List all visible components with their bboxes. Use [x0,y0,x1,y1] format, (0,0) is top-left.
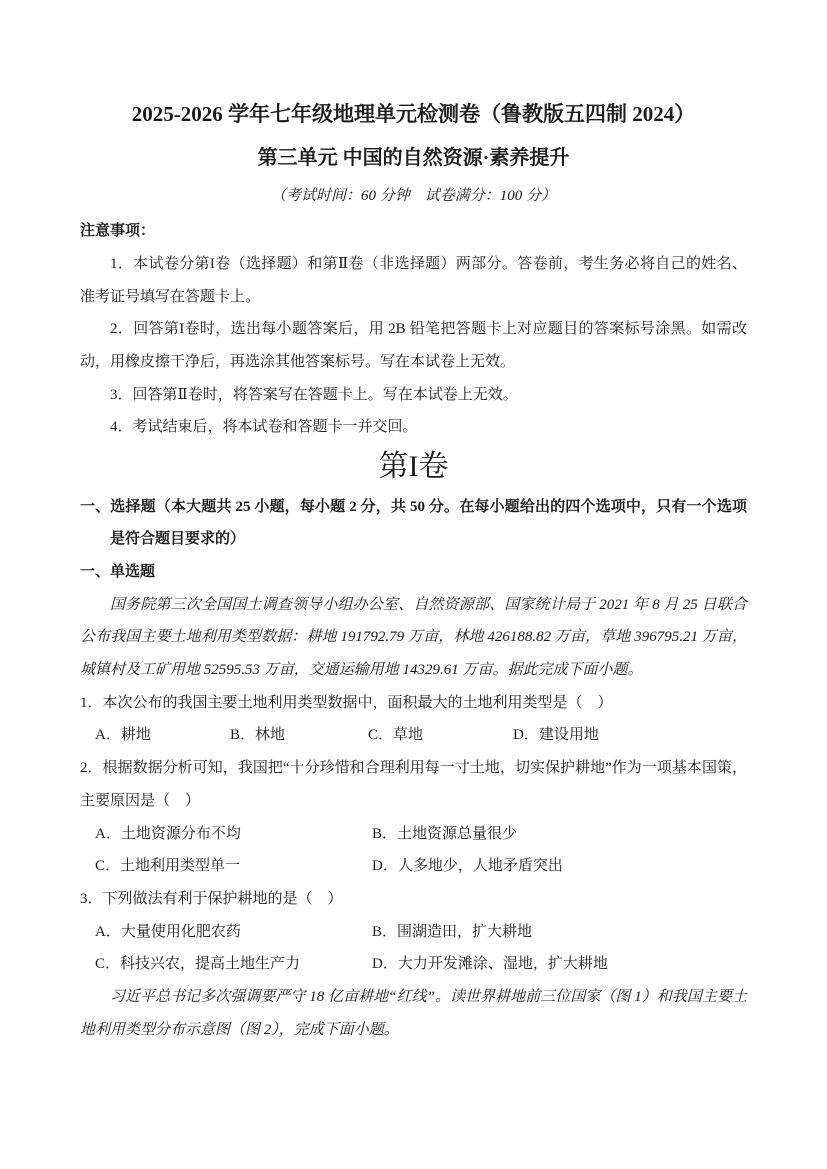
question-2-option-b: B．土地资源总量很少 [372,818,747,851]
notice-item-4: 4．考试结束后，将本试卷和答题卡一并交回。 [80,411,747,444]
question-3: 3．下列做法有利于保护耕地的是（ ） A．大量使用化肥农药 B．围湖造田，扩大耕… [80,883,747,981]
question-1: 1．本次公布的我国主要土地利用类型数据中，面积最大的土地利用类型是（ ） A．耕… [80,687,747,752]
notice-item-3: 3．回答第Ⅱ卷时，将答案写在答题卡上。写在本试卷上无效。 [80,379,747,412]
question-1-option-b: B．林地 [230,719,368,752]
question-1-option-d: D．建设用地 [513,719,599,752]
question-3-stem: 3．下列做法有利于保护耕地的是（ ） [80,883,747,916]
question-3-option-d: D．大力开发滩涂、湿地，扩大耕地 [372,948,747,981]
part1-title: 第I卷 [80,444,747,491]
passage-land-survey: 国务院第三次全国国土调查领导小组办公室、自然资源部、国家统计局于 2021 年 … [80,589,747,687]
page-content: 2025-2026 学年七年级地理单元检测卷（鲁教版五四制 2024） 第三单元… [0,0,827,1046]
question-2-stem: 2．根据数据分析可知，我国把“十分珍惜和合理利用每一寸土地，切实保护耕地”作为一… [80,752,747,817]
unit-title: 第三单元 中国的自然资源·素养提升 [80,145,747,171]
question-1-stem: 1．本次公布的我国主要土地利用类型数据中，面积最大的土地利用类型是（ ） [80,687,747,720]
notice-header: 注意事项： [80,215,747,248]
question-2: 2．根据数据分析可知，我国把“十分珍惜和合理利用每一寸土地，切实保护耕地”作为一… [80,752,747,883]
subsection-title: 一、单选题 [80,556,747,589]
passage-cultivated-land-redline: 习近平总书记多次强调要严守 18 亿亩耕地“红线”。读世界耕地前三位国家（图 1… [80,981,747,1046]
question-1-option-a: A．耕地 [95,719,230,752]
question-2-option-c: C．土地利用类型单一 [95,850,372,883]
question-2-option-a: A．土地资源分布不均 [95,818,372,851]
exam-title: 2025-2026 学年七年级地理单元检测卷（鲁教版五四制 2024） [80,100,747,128]
question-2-option-d: D．人多地少，人地矛盾突出 [372,850,747,883]
exam-paper-page: 2025-2026 学年七年级地理单元检测卷（鲁教版五四制 2024） 第三单元… [0,0,827,1169]
question-3-option-a: A．大量使用化肥农药 [95,916,372,949]
section-instruction: 一、选择题（本大题共 25 小题，每小题 2 分，共 50 分。在每小题给出的四… [80,491,747,556]
question-3-options: A．大量使用化肥农药 B．围湖造田，扩大耕地 C．科技兴农，提高土地生产力 D．… [80,916,747,981]
notice-item-1: 1．本试卷分第I卷（选择题）和第Ⅱ卷（非选择题）两部分。答卷前，考生务必将自己的… [80,248,747,313]
exam-time-score-info: （考试时间：60 分钟 试卷满分：100 分） [80,186,747,207]
notice-item-2: 2．回答第I卷时，选出每小题答案后，用 2B 铅笔把答题卡上对应题目的答案标号涂… [80,313,747,378]
question-2-options: A．土地资源分布不均 B．土地资源总量很少 C．土地利用类型单一 D．人多地少，… [80,818,747,883]
question-1-options: A．耕地 B．林地 C．草地 D．建设用地 [80,719,747,752]
question-3-option-c: C．科技兴农，提高土地生产力 [95,948,372,981]
question-3-option-b: B．围湖造田，扩大耕地 [372,916,747,949]
question-1-option-c: C．草地 [368,719,513,752]
